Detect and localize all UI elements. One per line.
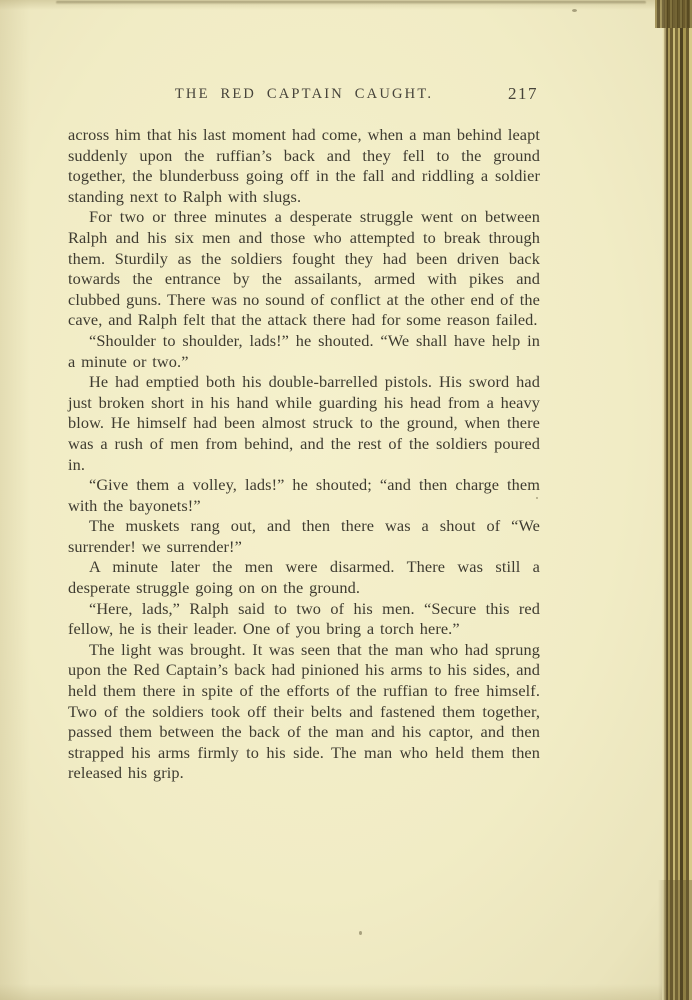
paragraph: “Give them a volley, lads!” he shouted; … xyxy=(68,475,540,516)
page-top-edge-shadow xyxy=(56,1,646,4)
page-number: 217 xyxy=(508,84,538,104)
page-header: THE RED CAPTAIN CAUGHT. 217 xyxy=(68,86,540,108)
paper-speck xyxy=(572,9,577,12)
paragraph: across him that his last moment had come… xyxy=(68,125,540,207)
page-text: across him that his last moment had come… xyxy=(68,125,540,784)
paper-speck xyxy=(359,931,362,935)
paragraph: He had emptied both his double-barrelled… xyxy=(68,372,540,475)
page-content: THE RED CAPTAIN CAUGHT. 217 across him t… xyxy=(68,86,540,784)
paragraph: The light was brought. It was seen that … xyxy=(68,640,540,784)
book-page: THE RED CAPTAIN CAUGHT. 217 across him t… xyxy=(0,0,692,1000)
paragraph: “Here, lads,” Ralph said to two of his m… xyxy=(68,599,540,640)
paragraph: For two or three minutes a desperate str… xyxy=(68,207,540,331)
book-fore-edge xyxy=(662,0,692,1000)
paragraph: “Shoulder to shoulder, lads!” he shouted… xyxy=(68,331,540,372)
paragraph: The muskets rang out, and then there was… xyxy=(68,516,540,557)
paragraph: A minute later the men were disarmed. Th… xyxy=(68,557,540,598)
running-header: THE RED CAPTAIN CAUGHT. xyxy=(68,86,540,103)
